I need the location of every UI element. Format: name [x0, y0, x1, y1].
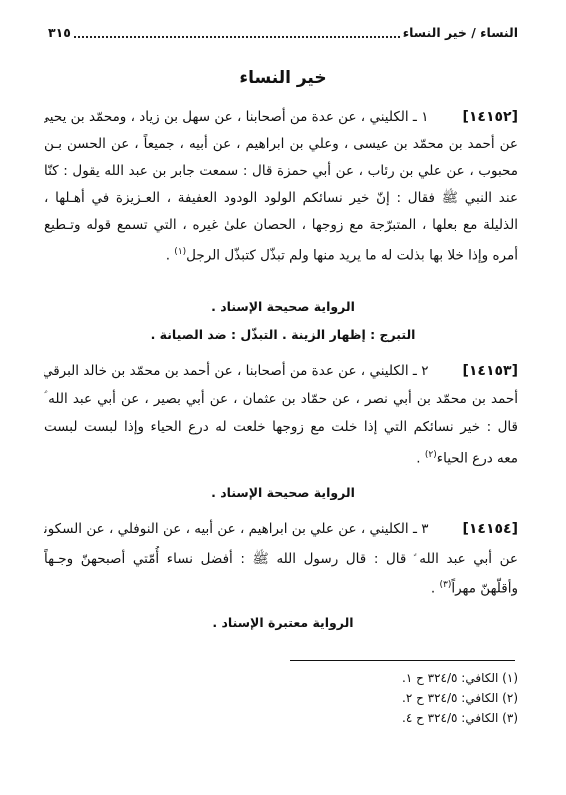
footnote-3: (٣) الكافي: ٣٢٤/٥ ح ٤. [402, 710, 518, 726]
footnote-ref: (١) [174, 247, 186, 257]
hadith-3-line-3: وأقلّهنّ مهراً(٣) . [44, 572, 518, 598]
running-header-title: النساء / خير النساء [403, 25, 518, 40]
footnote-2: (٢) الكافي: ٣٢٤/٥ ح ٢. [402, 690, 518, 706]
page-number: ٣١٥ [48, 25, 71, 40]
hadith-2-line-1: [١٤١٥٣]٢ ـ الكليني ، عن عدة من أصحابنا ،… [44, 358, 518, 384]
hadith-2-grading: الرواية صحيحة الإسناد . [0, 485, 566, 500]
section-title: خير النساء [0, 68, 566, 88]
hadith-1-line-3: محبوب ، عن علي بن رئاب ، عن أبي حمزة قال… [44, 158, 518, 184]
hadith-1-line-4: عند النبي ﷺ فقال : إنّ خير نسائكم الولود… [44, 185, 518, 211]
hadith-2-line-2: أحمد بن محمّد بن أبي نصر ، عن حمّاد بن ع… [44, 386, 518, 412]
leader-dots [74, 26, 400, 38]
hadith-1-line-2: عن أحمد بن محمّد بن عيسى ، وعلي بن ابراه… [44, 131, 518, 157]
hadith-1-grading: الرواية صحيحة الإسناد . [0, 299, 566, 314]
hadith-number: [١٤١٥٢] [462, 109, 518, 125]
text: أمره وإذا خلا بها بذلت له ما يريد منها و… [186, 248, 518, 264]
footnote-1: (١) الكافي: ٣٢٤/٥ ح ١. [402, 670, 518, 686]
running-header: النساء / خير النساء ٣١٥ [48, 22, 518, 42]
footnote-ref: (٣) [439, 580, 451, 590]
hadith-1-line-1: [١٤١٥٢]١ ـ الكليني ، عن عدة من أصحابنا ،… [44, 104, 518, 130]
hadith-1-line-5: الذليلة مع بعلها ، المتبرّجة مع زوجها ، … [44, 212, 518, 238]
text: ١ ـ الكليني ، عن عدة من أصحابنا ، عن سهل… [44, 109, 428, 125]
text: ٢ ـ الكليني ، عن عدة من أصحابنا ، عن أحم… [44, 363, 428, 379]
hadith-1-gloss: التبرج : إظهار الزينة . التبذّل : ضد الص… [0, 327, 566, 342]
text: معه درع الحياء [437, 451, 518, 467]
hadith-2-line-3: قال : خير نسائكم التي إذا خلت مع زوجها خ… [44, 414, 518, 440]
text: ٣ ـ الكليني ، عن علي بن ابراهيم ، عن أبي… [44, 521, 428, 537]
hadith-3-line-2: عن أبي عبد الله ؑ قال : قال رسول الله ﷺ … [44, 546, 518, 572]
hadith-3-grading: الرواية معتبرة الإسناد . [0, 615, 566, 630]
book-page: النساء / خير النساء ٣١٥ خير النساء [١٤١٥… [0, 0, 566, 795]
hadith-number: [١٤١٥٤] [462, 521, 518, 537]
text: وأقلّهنّ مهراً [451, 581, 518, 597]
hadith-2-line-4: معه درع الحياء(٢) . [44, 442, 518, 468]
hadith-number: [١٤١٥٣] [462, 363, 518, 379]
hadith-3-line-1: [١٤١٥٤]٣ ـ الكليني ، عن علي بن ابراهيم ،… [44, 516, 518, 542]
hadith-1-line-6: أمره وإذا خلا بها بذلت له ما يريد منها و… [44, 239, 518, 265]
footnote-ref: (٢) [425, 450, 437, 460]
footnote-separator [290, 660, 515, 661]
